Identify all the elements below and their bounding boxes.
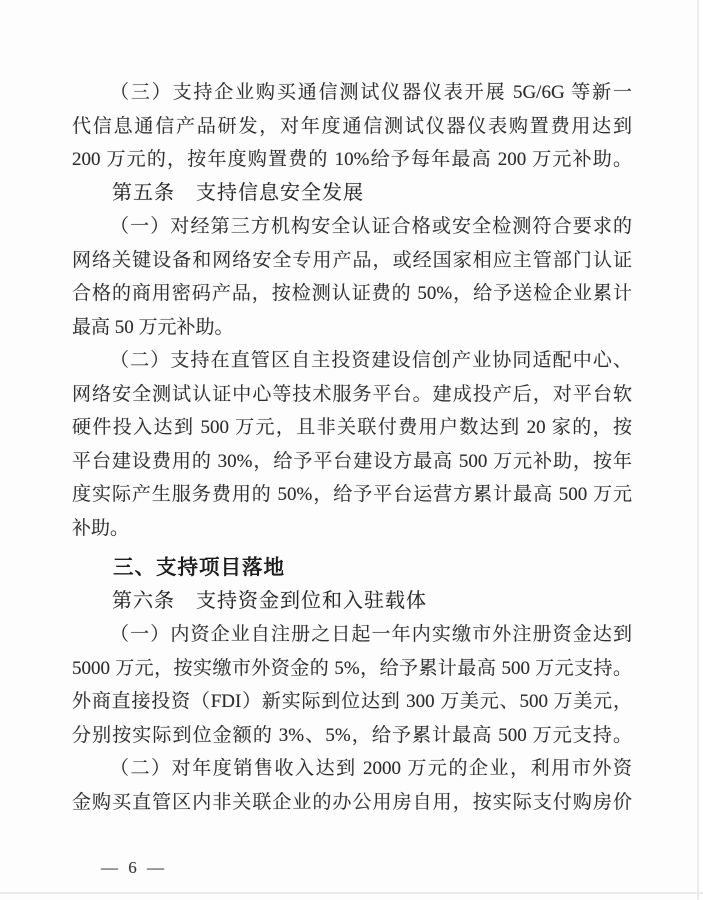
text-line: 外商直接投资（FDI）新实际到位达到 300 万美元、500 万美元， [72,685,632,719]
paragraph: （二）对年度销售收入达到 2000 万元的企业，利用市外资金购买直管区内非关联企… [72,752,632,819]
text-line: （一）内资企业自注册之日起一年内实缴市外注册资金达到 [72,618,632,652]
text-line: 第五条 支持信息安全发展 [72,177,632,211]
text-line: 200 万元的，按年度购置费的 10%给予每年最高 200 万元补助。 [72,143,632,177]
article-heading: 第五条 支持信息安全发展 [72,177,632,211]
text-line: 最高 50 万元补助。 [72,311,632,345]
text-line: 网络关键设备和网络安全专用产品，或经国家相应主管部门认证 [72,244,632,278]
text-line: 硬件投入达到 500 万元，且非关联付费用户数达到 20 家的，按 [72,411,632,445]
paragraph: （三）支持企业购买通信测试仪器仪表开展 5G/6G 等新一代信息通信产品研发，对… [72,76,632,177]
text-line: （一）对经第三方机构安全认证合格或安全检测符合要求的 [72,210,632,244]
text-line: 补助。 [72,512,632,546]
scan-edge-bottom [0,892,703,894]
text-line: 三、支持项目落地 [72,551,632,585]
paragraph: （一）内资企业自注册之日起一年内实缴市外注册资金达到5000 万元，按实缴市外资… [72,618,632,752]
text-line: 代信息通信产品研发，对年度通信测试仪器仪表购置费用达到 [72,110,632,144]
text-line: 金购买直管区内非关联企业的办公用房自用，按实际支付购房价 [72,786,632,820]
text-line: 网络安全测试认证中心等技术服务平台。建成投产后，对平台软 [72,378,632,412]
paragraph: （二）支持在直管区自主投资建设信创产业协同适配中心、网络安全测试认证中心等技术服… [72,344,632,545]
text-line: 分别按实际到位金额的 3%、5%，给予累计最高 500 万元支持。 [72,719,632,753]
article-heading: 第六条 支持资金到位和入驻载体 [72,585,632,619]
text-column: （三）支持企业购买通信测试仪器仪表开展 5G/6G 等新一代信息通信产品研发，对… [72,76,632,819]
paragraph: （一）对经第三方机构安全认证合格或安全检测符合要求的网络关键设备和网络安全专用产… [72,210,632,344]
text-line: 平台建设费用的 30%，给予平台建设方最高 500 万元补助，按年 [72,445,632,479]
document-page: （三）支持企业购买通信测试仪器仪表开展 5G/6G 等新一代信息通信产品研发，对… [0,0,703,900]
text-line: 5000 万元，按实缴市外资金的 5%，给予累计最高 500 万元支持。 [72,652,632,686]
page-number: — 6 — [101,856,167,880]
text-line: 度实际产生服务费用的 50%，给予平台运营方累计最高 500 万元 [72,478,632,512]
text-line: 合格的商用密码产品，按检测认证费的 50%，给予送检企业累计 [72,277,632,311]
text-line: 第六条 支持资金到位和入驻载体 [72,585,632,619]
text-line: （三）支持企业购买通信测试仪器仪表开展 5G/6G 等新一 [72,76,632,110]
section-heading: 三、支持项目落地 [72,551,632,585]
scan-edge-right [697,0,699,900]
text-line: （二）支持在直管区自主投资建设信创产业协同适配中心、 [72,344,632,378]
text-line: （二）对年度销售收入达到 2000 万元的企业，利用市外资 [72,752,632,786]
